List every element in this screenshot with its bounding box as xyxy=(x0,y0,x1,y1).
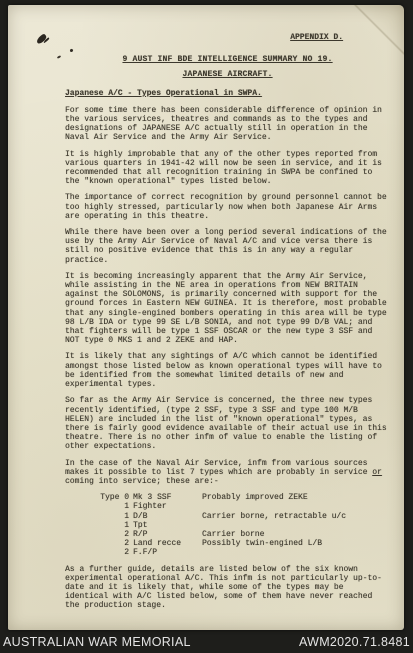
type-cell: 1 xyxy=(92,502,129,511)
type-cell: 1 xyxy=(92,512,129,521)
designation-cell: D/B xyxy=(133,512,198,521)
type-cell: 1 xyxy=(92,521,129,530)
naval-types-table: Type 0 Mk 3 SSF Probably improved ZEKE 1… xyxy=(92,493,390,557)
table-row: 2 F.F/P xyxy=(92,548,390,557)
archive-name: AUSTRALIAN WAR MEMORIAL xyxy=(3,635,191,649)
designation-cell: Land recce xyxy=(133,539,198,548)
paragraph-3: The importance of correct recognition by… xyxy=(65,193,390,221)
designation-cell: Fighter xyxy=(133,502,198,511)
section-heading: Japanese A/C - Types Operational in SWPA… xyxy=(65,89,390,98)
type-cell: 2 xyxy=(92,548,129,557)
archive-reference: AWM2020.71.8481 xyxy=(299,635,410,649)
paragraph-8-end: coming into service; these are:- xyxy=(65,477,219,486)
document-title-text: 9 AUST INF BDE INTELLIGENCE SUMMARY NO 1… xyxy=(122,55,332,64)
appendix-label: APPENDIX D. xyxy=(65,33,390,42)
designation-cell: R/P xyxy=(133,530,198,539)
section-heading-text: Japanese A/C - Types Operational in SWPA… xyxy=(65,89,262,98)
type-cell: Type 0 xyxy=(92,493,129,502)
document-subtitle-text: JAPANESE AIRCRAFT. xyxy=(182,70,272,79)
description-cell xyxy=(202,502,390,511)
paragraph-5: It is becoming increasingly apparent tha… xyxy=(65,272,390,346)
table-row: 2 R/P Carrier borne xyxy=(92,530,390,539)
paragraph-2: It is highly improbable that any of the … xyxy=(65,150,390,187)
description-cell xyxy=(202,521,390,530)
table-row: 1 Tpt xyxy=(92,521,390,530)
document-title: 9 AUST INF BDE INTELLIGENCE SUMMARY NO 1… xyxy=(65,55,390,64)
paragraph-8-start: In the case of the Naval Air Service, in… xyxy=(65,459,372,477)
designation-cell: Tpt xyxy=(133,521,198,530)
archive-footer-bar: AUSTRALIAN WAR MEMORIAL AWM2020.71.8481 xyxy=(0,630,413,653)
document-page: APPENDIX D. 9 AUST INF BDE INTELLIGENCE … xyxy=(8,5,404,630)
description-cell: Possibly twin-engined L/B xyxy=(202,539,390,548)
description-cell: Carrier borne, retractable u/c xyxy=(202,512,390,521)
closing-paragraph: As a further guide, details are listed b… xyxy=(65,565,390,611)
description-cell: Probably improved ZEKE xyxy=(202,493,390,502)
description-cell xyxy=(202,548,390,557)
designation-cell: Mk 3 SSF xyxy=(133,493,198,502)
table-row: 1 Fighter xyxy=(92,502,390,511)
type-cell: 2 xyxy=(92,530,129,539)
paragraph-4: While there have been over a long period… xyxy=(65,228,390,265)
paragraph-7: So far as the Army Air Service is concer… xyxy=(65,396,390,451)
document-subtitle: JAPANESE AIRCRAFT. xyxy=(65,70,390,79)
appendix-label-text: APPENDIX D. xyxy=(290,33,343,42)
description-cell: Carrier borne xyxy=(202,530,390,539)
table-row: Type 0 Mk 3 SSF Probably improved ZEKE xyxy=(92,493,390,502)
paragraph-8: In the case of the Naval Air Service, in… xyxy=(65,459,390,487)
paragraph-1: For some time there has been considerabl… xyxy=(65,106,390,143)
table-row: 2 Land recce Possibly twin-engined L/B xyxy=(92,539,390,548)
table-row: 1 D/B Carrier borne, retractable u/c xyxy=(92,512,390,521)
type-cell: 2 xyxy=(92,539,129,548)
typed-content: APPENDIX D. 9 AUST INF BDE INTELLIGENCE … xyxy=(8,5,404,630)
paragraph-8-emphasis: or xyxy=(372,468,382,477)
scan-stage: APPENDIX D. 9 AUST INF BDE INTELLIGENCE … xyxy=(0,0,413,653)
designation-cell: F.F/P xyxy=(133,548,198,557)
paragraph-6: It is likely that any sightings of A/C w… xyxy=(65,352,390,389)
